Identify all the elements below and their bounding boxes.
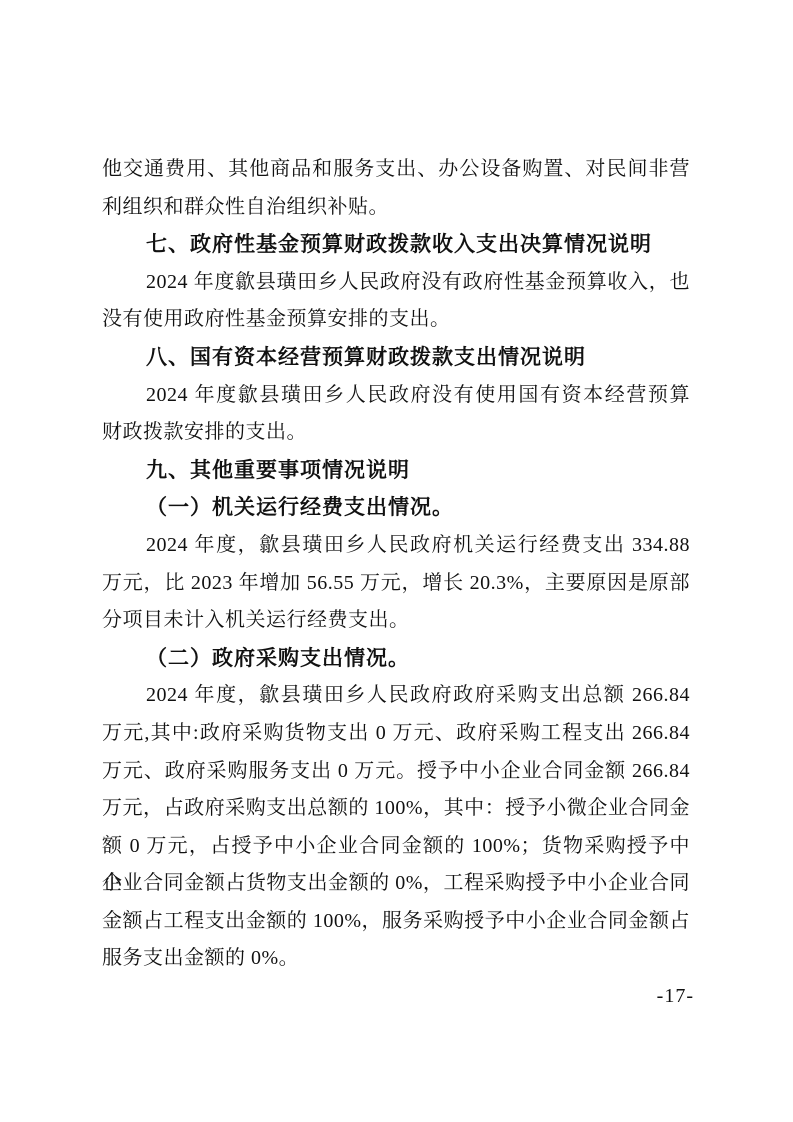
heading-line: （一）机关运行经费支出情况。 bbox=[102, 489, 690, 527]
text-content: 他交通费用、其他商品和服务支出、办公设备购置、对民间非营利组织和群众性自治组织补… bbox=[102, 151, 690, 978]
heading-line: 七、政府性基金预算财政拨款收入支出决算情况说明 bbox=[102, 226, 690, 264]
heading-line: 八、国有资本经营预算财政拨款支出情况说明 bbox=[102, 339, 690, 377]
document-page: 他交通费用、其他商品和服务支出、办公设备购置、对民间非营利组织和群众性自治组织补… bbox=[0, 0, 793, 1122]
body-line: 他交通费用、其他商品和服务支出、办公设备购置、对民间非营 bbox=[102, 151, 690, 189]
heading-line: 九、其他重要事项情况说明 bbox=[102, 452, 690, 490]
page-number: -17- bbox=[657, 985, 694, 1008]
body-line: 2024 年度，歙县璜田乡人民政府机关运行经费支出 334.88 bbox=[102, 527, 690, 565]
body-line: 额 0 万元，占授予中小企业合同金额的 100%；货物采购授予中小 bbox=[102, 828, 690, 866]
body-line: 企业合同金额占货物支出金额的 0%，工程采购授予中小企业合同 bbox=[102, 865, 690, 903]
body-line: 2024 年度，歙县璜田乡人民政府政府采购支出总额 266.84 bbox=[102, 677, 690, 715]
body-line: 财政拨款安排的支出。 bbox=[102, 414, 690, 452]
body-line: 金额占工程支出金额的 100%，服务采购授予中小企业合同金额占 bbox=[102, 903, 690, 941]
body-line: 服务支出金额的 0%。 bbox=[102, 940, 690, 978]
body-line: 万元、政府采购服务支出 0 万元。授予中小企业合同金额 266.84 bbox=[102, 753, 690, 791]
body-line: 万元，比 2023 年增加 56.55 万元，增长 20.3%，主要原因是原部 bbox=[102, 565, 690, 603]
body-line: 利组织和群众性自治组织补贴。 bbox=[102, 189, 690, 227]
body-line: 2024 年度歙县璜田乡人民政府没有使用国有资本经营预算 bbox=[102, 377, 690, 415]
body-line: 2024 年度歙县璜田乡人民政府没有政府性基金预算收入，也 bbox=[102, 264, 690, 302]
heading-line: （二）政府采购支出情况。 bbox=[102, 640, 690, 678]
body-line: 分项目未计入机关运行经费支出。 bbox=[102, 602, 690, 640]
body-line: 万元,其中:政府采购货物支出 0 万元、政府采购工程支出 266.84 bbox=[102, 715, 690, 753]
body-line: 万元，占政府采购支出总额的 100%，其中：授予小微企业合同金 bbox=[102, 790, 690, 828]
body-line: 没有使用政府性基金预算安排的支出。 bbox=[102, 301, 690, 339]
